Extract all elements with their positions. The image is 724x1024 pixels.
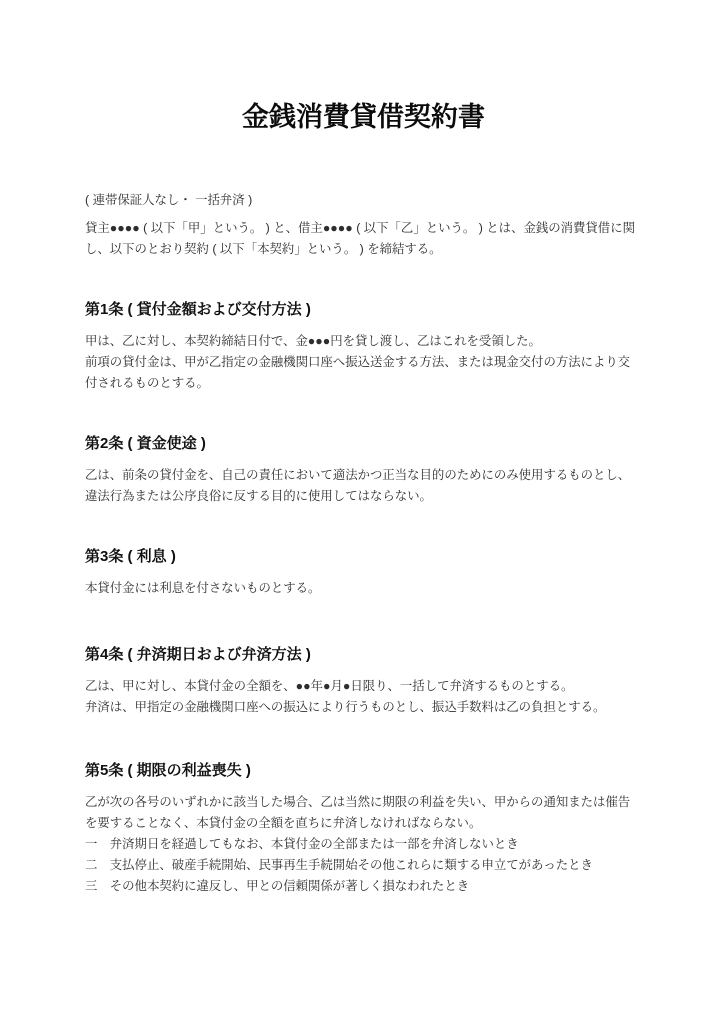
article-paragraph: 弁済は、甲指定の金融機関口座への振込により行うものとし、振込手数料は乙の負担とす… — [85, 697, 642, 718]
article-paragraph: 乙は、前条の貸付金を、自己の責任において適法かつ正当な目的のためにのみ使用するも… — [85, 465, 642, 507]
contract-article: 第1条 ( 貸付金額および交付方法 )甲は、乙に対し、本契約締結日付で、金●●●… — [85, 300, 642, 394]
article-heading: 第1条 ( 貸付金額および交付方法 ) — [85, 300, 642, 320]
contract-article: 第5条 ( 期限の利益喪失 )乙が次の各号のいずれかに該当した場合、乙は当然に期… — [85, 761, 642, 897]
document-intro: 貸主●●●● ( 以下「甲」という。 ) と、借主●●●● ( 以下「乙」という… — [85, 218, 642, 260]
article-body: 乙は、前条の貸付金を、自己の責任において適法かつ正当な目的のためにのみ使用するも… — [85, 465, 642, 507]
article-paragraph: 乙は、甲に対し、本貸付金の全額を、●●年●月●日限り、一括して弁済するものとする… — [85, 676, 642, 697]
article-paragraph: 本貸付金には利息を付さないものとする。 — [85, 578, 642, 599]
articles-list: 第1条 ( 貸付金額および交付方法 )甲は、乙に対し、本契約締結日付で、金●●●… — [85, 300, 642, 897]
article-paragraph: 前項の貸付金は、甲が乙指定の金融機関口座へ振込送金する方法、または現金交付の方法… — [85, 352, 642, 394]
article-body: 甲は、乙に対し、本契約締結日付で、金●●●円を貸し渡し、乙はこれを受領した。前項… — [85, 331, 642, 394]
article-body: 乙は、甲に対し、本貸付金の全額を、●●年●月●日限り、一括して弁済するものとする… — [85, 676, 642, 718]
article-heading: 第4条 ( 弁済期日および弁済方法 ) — [85, 645, 642, 665]
article-heading: 第3条 ( 利息 ) — [85, 547, 642, 567]
article-paragraph: 二 支払停止、破産手続開始、民事再生手続開始その他これらに類する申立てがあったと… — [85, 855, 642, 876]
contract-article: 第3条 ( 利息 )本貸付金には利息を付さないものとする。 — [85, 547, 642, 599]
contract-article: 第2条 ( 資金使途 )乙は、前条の貸付金を、自己の責任において適法かつ正当な目… — [85, 434, 642, 507]
article-body: 乙が次の各号のいずれかに該当した場合、乙は当然に期限の利益を失い、甲からの通知ま… — [85, 792, 642, 897]
article-paragraph: 乙が次の各号のいずれかに該当した場合、乙は当然に期限の利益を失い、甲からの通知ま… — [85, 792, 642, 834]
document-content: 金銭消費貸借契約書 ( 連帯保証人なし・ 一括弁済 ) 貸主●●●● ( 以下「… — [85, 0, 642, 897]
document-subtitle: ( 連帯保証人なし・ 一括弁済 ) — [85, 190, 642, 211]
article-paragraph: 甲は、乙に対し、本契約締結日付で、金●●●円を貸し渡し、乙はこれを受領した。 — [85, 331, 642, 352]
document-page: 金銭消費貸借契約書 ( 連帯保証人なし・ 一括弁済 ) 貸主●●●● ( 以下「… — [0, 0, 724, 1024]
article-heading: 第2条 ( 資金使途 ) — [85, 434, 642, 454]
document-title: 金銭消費貸借契約書 — [85, 100, 642, 134]
article-paragraph: 三 その他本契約に違反し、甲との信頼関係が著しく損なわれたとき — [85, 876, 642, 897]
article-body: 本貸付金には利息を付さないものとする。 — [85, 578, 642, 599]
article-heading: 第5条 ( 期限の利益喪失 ) — [85, 761, 642, 781]
contract-article: 第4条 ( 弁済期日および弁済方法 )乙は、甲に対し、本貸付金の全額を、●●年●… — [85, 645, 642, 718]
article-paragraph: 一 弁済期日を経過してもなお、本貸付金の全部または一部を弁済しないとき — [85, 834, 642, 855]
